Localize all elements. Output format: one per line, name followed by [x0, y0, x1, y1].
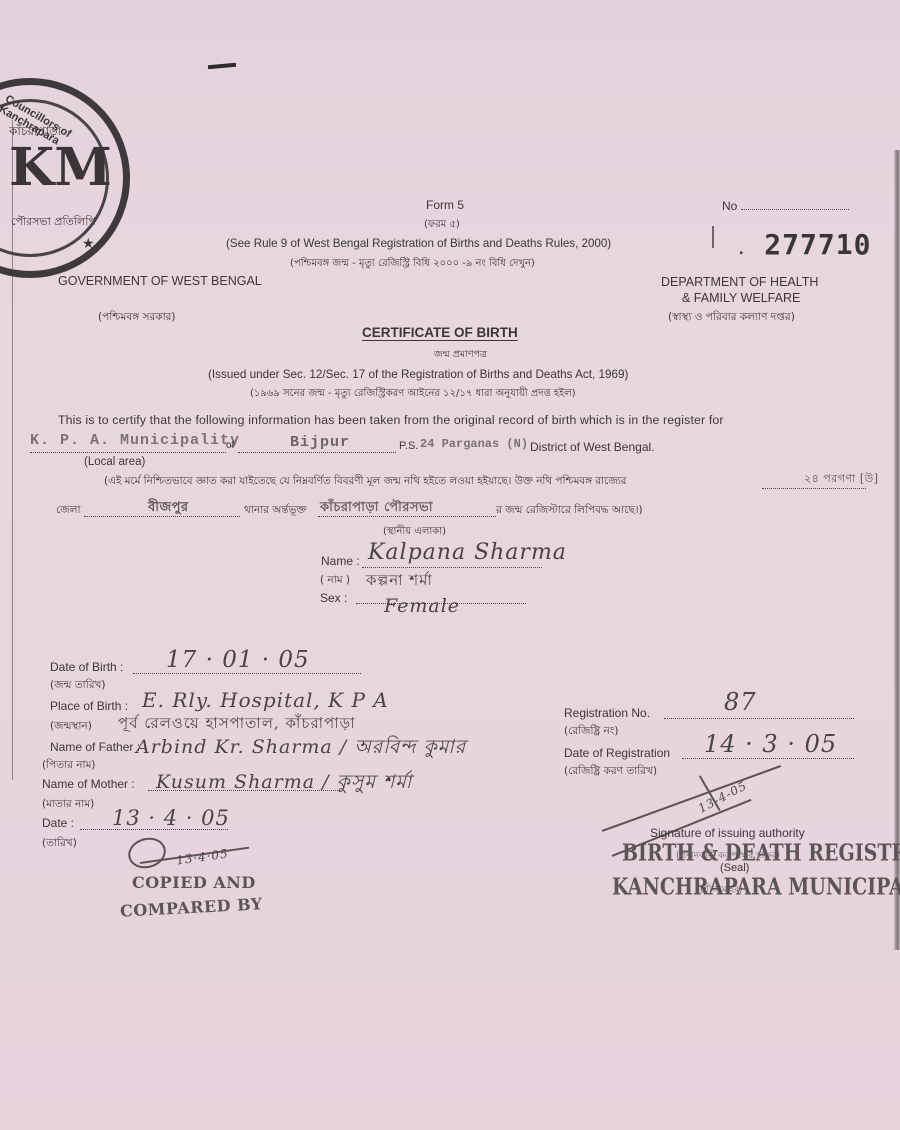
date-label: Date :: [42, 816, 74, 830]
certificate-paper: Councillors of Kanchrapara কাঁচরাপাড়া K…: [0, 0, 900, 1130]
district-suffix: District of West Bengal.: [530, 440, 655, 454]
certificate-title-bn: জন্ম প্রমাণপত্র: [434, 348, 487, 363]
issued-under: (Issued under Sec. 12/Sec. 17 of the Reg…: [208, 368, 628, 381]
certificate-number: . 277710: [737, 228, 871, 261]
name-value: Kalpana Sharma: [368, 540, 567, 565]
copier-signature-date: 13·4·05: [175, 846, 229, 867]
town-value: Bijpur: [290, 434, 350, 451]
father-label-bn: (পিতার নাম): [42, 758, 96, 775]
page-edge-shadow: [894, 150, 900, 950]
local-area-label-bn: (স্থানীয় এলাকা): [383, 524, 446, 541]
certify-statement: This is to certify that the following in…: [58, 413, 724, 427]
local-area-dotted-line: [30, 452, 226, 453]
mother-label: Name of Mother :: [42, 777, 135, 791]
name-dotted-line: [362, 567, 542, 568]
father-label: Name of Father :: [50, 740, 140, 754]
sex-label: Sex :: [320, 591, 347, 605]
date-value: 13 · 4 · 05: [112, 806, 230, 830]
copied-and-stamp: COPIED AND: [132, 873, 256, 892]
seal-bottom-text: পৌরসভা প্রতিলিপি: [11, 213, 96, 232]
registrar-stamp-line-1: BIRTH & DEATH REGISTRAR: [622, 839, 900, 867]
dob-label-bn: (জন্ম তারিখ): [50, 678, 105, 695]
mother-label-bn: (মাতার নাম): [42, 797, 94, 814]
date-label-bn: (তারিখ): [42, 836, 77, 853]
name-label: Name :: [321, 554, 360, 568]
local-area-label: (Local area): [84, 456, 145, 468]
name-label-bn: ( নাম ): [320, 573, 350, 590]
reg-date-label-bn: (রেজিষ্ট্রি করণ তারিখ): [564, 764, 657, 781]
ps-suffix-bn: থানার অর্ন্তভূক্ত: [244, 503, 307, 520]
ps-value-bn: বীজপুর: [148, 498, 189, 519]
district-value: 24 Parganas (N): [420, 437, 528, 451]
ink-dash-mark: [208, 63, 236, 69]
government-label-bn: (পশ্চিমবঙ্গ সরকার): [98, 310, 176, 327]
local-area-row: K. P. A. Municipality: [30, 432, 240, 449]
ink-tick: [712, 226, 714, 248]
local-area-value: K. P. A. Municipality: [30, 432, 240, 449]
of-label: of: [226, 440, 234, 451]
certificate-title: CERTIFICATE OF BIRTH: [362, 325, 518, 340]
certify-statement-bn: (এই মর্মে নিশ্চিতভাবে জ্ঞাত করা যাইতেছে …: [104, 474, 626, 491]
ps-label: P.S.: [399, 440, 418, 452]
signature-label: Signature of issuing authority: [650, 826, 805, 840]
reg-no-label-bn: (রেজিষ্ট্রি নং): [564, 724, 618, 741]
reg-no-label: Registration No.: [564, 706, 650, 720]
reg-no-dotted-line: [664, 718, 854, 719]
registrar-stamp-line-2: KANCHRAPARA MUNICIPALITY: [612, 873, 900, 901]
rule-reference: (See Rule 9 of West Bengal Registration …: [226, 237, 611, 250]
district-value-bn: ২৪ পরগণা [উ]: [804, 470, 879, 489]
name-value-bn: কল্পনা শর্মা: [366, 569, 433, 594]
department-bn: (স্বাস্থ্য ও পরিবার কল্যাণ দপ্তর): [668, 310, 795, 327]
no-dotted-line: [741, 200, 849, 210]
pob-label-bn: (জন্মস্থান): [50, 719, 92, 736]
seal-label-bn: (শীলমোহর): [700, 882, 743, 897]
register-suffix-bn: র জন্ম রেজিস্টারে লিপিবদ্ধ আছে।): [496, 503, 643, 520]
reg-date-label: Date of Registration: [564, 746, 670, 760]
municipal-seal-icon: Councillors of Kanchrapara কাঁচরাপাড়া K…: [0, 78, 130, 278]
form-title-bn: (ফরম ৫): [424, 217, 460, 234]
department-line-2: & FAMILY WELFARE: [682, 291, 800, 305]
father-value: Arbind Kr. Sharma / অরবিন্দ কুমার: [136, 733, 466, 765]
town-dotted-line: [238, 452, 396, 453]
form-title: Form 5: [426, 198, 464, 212]
reg-date-value: 14 · 3 · 05: [704, 730, 837, 758]
mother-value: Kusum Sharma / কুসুম শর্মা: [156, 768, 412, 800]
issued-under-bn: (১৯৬৯ সনের জন্ম - মৃত্যু রেজিস্ট্রিকরণ আ…: [250, 386, 576, 403]
government-label: GOVERNMENT OF WEST BENGAL: [58, 274, 262, 288]
sex-value: Female: [384, 595, 460, 617]
department-line-1: DEPARTMENT OF HEALTH: [661, 275, 818, 289]
dob-dotted-line: [133, 673, 361, 674]
compared-by-stamp: COMPARED BY: [120, 894, 264, 920]
local-value-bn: কাঁচরাপাড়া পৌরসভা: [320, 498, 433, 519]
dob-label: Date of Birth :: [50, 660, 123, 674]
certificate-no-label: No: [722, 199, 849, 213]
copier-signature-scribble: [125, 834, 169, 873]
zila-label-bn: জেলা: [56, 503, 81, 520]
reg-no-value: 87: [724, 688, 757, 716]
seal-monogram: KM: [9, 137, 112, 198]
no-label: No: [722, 199, 737, 213]
reg-date-dotted-line: [682, 758, 854, 759]
dob-value: 17 · 01 · 05: [166, 647, 310, 673]
seal-label: (Seal): [720, 862, 749, 874]
pob-label: Place of Birth :: [50, 699, 128, 713]
star-icon: ★: [82, 235, 95, 252]
rule-reference-bn: (পশ্চিমবঙ্গ জন্ম - মৃত্যু রেজিস্ট্রি বিধ…: [290, 256, 535, 273]
pob-value: E. Rly. Hospital, K P A: [142, 688, 389, 712]
